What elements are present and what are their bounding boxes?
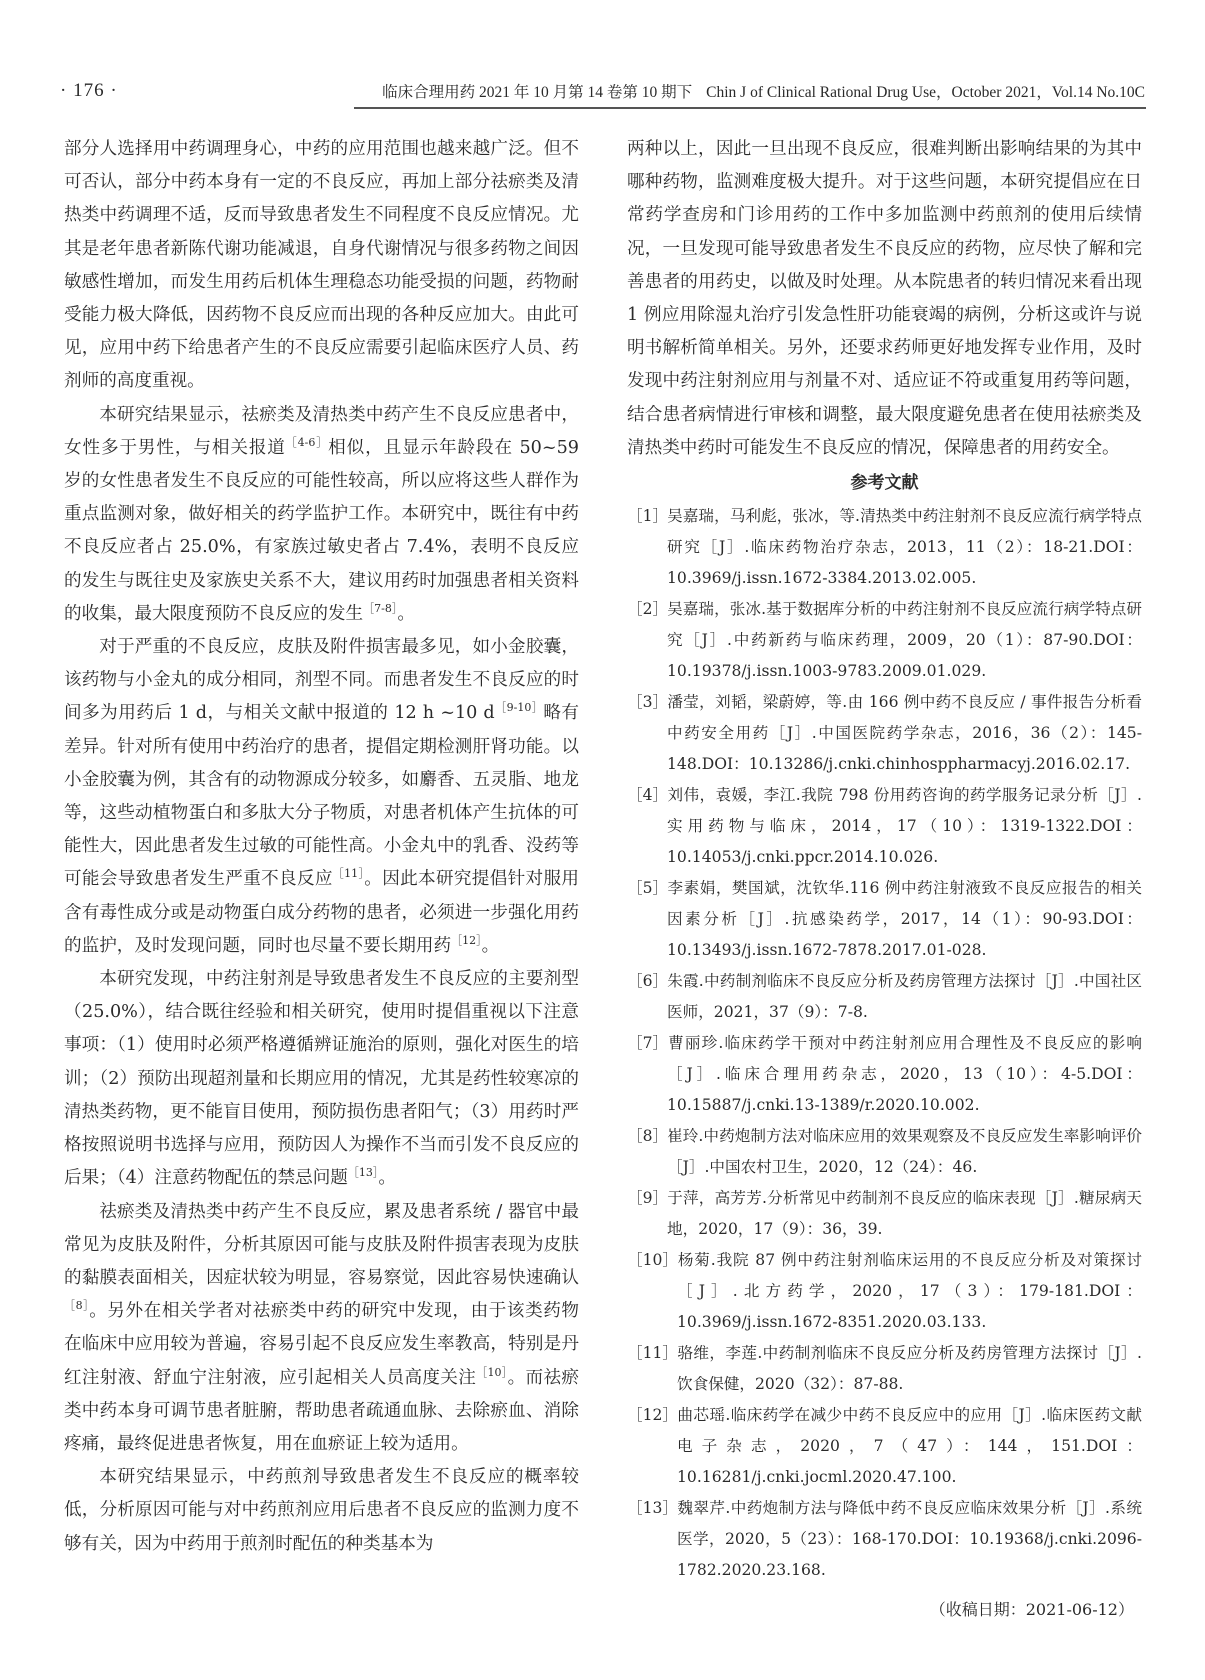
- reference-number: ［11］: [627, 1338, 677, 1369]
- reference-text: 骆维，李莲.中药制剂临床不良反应分析及药房管理方法探讨［J］.饮食保健，2020…: [677, 1344, 1142, 1393]
- reference-item: ［5］李素娟，樊国斌，沈钦华.116 例中药注射液致不良反应报告的相关因素分析［…: [627, 873, 1142, 966]
- reference-number: ［7］: [627, 1028, 667, 1059]
- received-date: （收稿日期：2021-06-12）: [627, 1592, 1142, 1628]
- reference-text: 刘伟，袁媛，李江.我院 798 份用药咨询的药学服务记录分析［J］.实用药物与临…: [667, 786, 1142, 866]
- citation: ［13］: [348, 1166, 379, 1179]
- reference-number: ［4］: [627, 780, 667, 811]
- reference-text: 吴嘉瑞，马利彪，张冰，等.清热类中药注射剂不良反应流行病学特点研究［J］.临床药…: [667, 507, 1142, 587]
- reference-list: ［1］吴嘉瑞，马利彪，张冰，等.清热类中药注射剂不良反应流行病学特点研究［J］.…: [627, 501, 1142, 1586]
- reference-number: ［1］: [627, 501, 667, 532]
- text-run: 。: [482, 936, 500, 956]
- reference-text: 曲芯瑶.临床药学在减少中药不良反应中的应用［J］.临床医药文献电子杂志，2020…: [677, 1406, 1142, 1486]
- reference-number: ［12］: [627, 1400, 677, 1431]
- page-header: · 176 · 临床合理用药 2021 年 10 月第 14 卷第 10 期下C…: [0, 0, 1205, 120]
- text-run: 本研究发现，中药注射剂是导致患者发生不良反应的主要剂型（25.0%），结合既往经…: [64, 969, 579, 1188]
- text-run: 。: [397, 604, 415, 624]
- reference-number: ［6］: [627, 966, 667, 997]
- reference-number: ［8］: [627, 1121, 667, 1152]
- reference-item: ［8］崔玲.中药炮制方法对临床应用的效果观察及不良反应发生率影响评价［J］.中国…: [627, 1121, 1142, 1183]
- reference-item: ［9］于萍，高芳芳.分析常见中药制剂不良反应的临床表现［J］.糖尿病天地，202…: [627, 1183, 1142, 1245]
- reference-item: ［11］骆维，李莲.中药制剂临床不良反应分析及药房管理方法探讨［J］.饮食保健，…: [627, 1338, 1142, 1400]
- reference-number: ［3］: [627, 687, 667, 718]
- reference-number: ［2］: [627, 594, 667, 625]
- running-head: 临床合理用药 2021 年 10 月第 14 卷第 10 期下Chin J of…: [355, 80, 1145, 102]
- reference-number: ［9］: [627, 1183, 667, 1214]
- page-number: · 176 ·: [60, 80, 118, 102]
- citation: ［4-6］: [286, 436, 328, 449]
- reference-text: 朱霞.中药制剂临床不良反应分析及药房管理方法探讨［J］.中国社区医师，2021，…: [667, 972, 1142, 1021]
- reference-text: 魏翠芹.中药炮制方法与降低中药不良反应临床效果分析［J］.系统医学，2020，5…: [677, 1499, 1142, 1579]
- reference-item: ［3］潘莹，刘韬，梁蔚婷，等.由 166 例中药不良反应 / 事件报告分析看中药…: [627, 687, 1142, 780]
- reference-text: 李素娟，樊国斌，沈钦华.116 例中药注射液致不良反应报告的相关因素分析［J］.…: [667, 879, 1142, 959]
- reference-number: ［10］: [627, 1245, 677, 1276]
- reference-item: ［2］吴嘉瑞，张冰.基于数据库分析的中药注射剂不良反应流行病学特点研究［J］.中…: [627, 594, 1142, 687]
- citation: ［12］: [451, 934, 482, 947]
- journal-title-cn: 临床合理用药 2021 年 10 月第 14 卷第 10 期下: [382, 84, 692, 101]
- reference-text: 曹丽珍.临床药学干预对中药注射剂应用合理性及不良反应的影响［J］.临床合理用药杂…: [667, 1034, 1142, 1114]
- paragraph: 本研究结果显示，祛瘀类及清热类中药产生不良反应患者中，女性多于男性，与相关报道［…: [64, 399, 579, 631]
- citation: ［8］: [64, 1299, 89, 1312]
- text-run: 。: [378, 1168, 396, 1188]
- text-run: 略有差异。针对所有使用中药治疗的患者，提倡定期检测肝肾功能。以小金胶囊为例，其含…: [64, 703, 579, 889]
- reference-item: ［4］刘伟，袁媛，李江.我院 798 份用药咨询的药学服务记录分析［J］.实用药…: [627, 780, 1142, 873]
- references-title: 参考文献: [627, 467, 1142, 499]
- citation: ［9-10］: [495, 701, 544, 714]
- paragraph: 部分人选择用中药调理身心，中药的应用范围也越来越广泛。但不可否认，部分中药本身有…: [64, 133, 579, 399]
- reference-item: ［7］曹丽珍.临床药学干预对中药注射剂应用合理性及不良反应的影响［J］.临床合理…: [627, 1028, 1142, 1121]
- reference-item: ［12］曲芯瑶.临床药学在减少中药不良反应中的应用［J］.临床医药文献电子杂志，…: [627, 1400, 1142, 1493]
- reference-text: 崔玲.中药炮制方法对临床应用的效果观察及不良反应发生率影响评价［J］.中国农村卫…: [667, 1127, 1142, 1176]
- paragraph: 本研究结果显示，中药煎剂导致患者发生不良反应的概率较低，分析原因可能与对中药煎剂…: [64, 1461, 579, 1561]
- text-run: 相似，且显示年龄段在 50~59 岁的女性患者发生不良反应的可能性较高，所以应将…: [64, 438, 579, 624]
- reference-text: 杨菊.我院 87 例中药注射剂临床运用的不良反应分析及对策探讨［J］.北方药学，…: [677, 1251, 1142, 1331]
- paragraph: 两种以上，因此一旦出现不良反应，很难判断出影响结果的为其中哪种药物，监测难度极大…: [627, 133, 1142, 465]
- reference-item: ［10］杨菊.我院 87 例中药注射剂临床运用的不良反应分析及对策探讨［J］.北…: [627, 1245, 1142, 1338]
- text-run: 祛瘀类及清热类中药产生不良反应，累及患者系统 / 器官中最常见为皮肤及附件，分析…: [64, 1202, 579, 1288]
- citation: ［7-8］: [363, 602, 397, 615]
- citation: ［10］: [476, 1366, 507, 1379]
- paragraph: 本研究发现，中药注射剂是导致患者发生不良反应的主要剂型（25.0%），结合既往经…: [64, 963, 579, 1195]
- header-rule: [354, 107, 1146, 109]
- reference-text: 潘莹，刘韬，梁蔚婷，等.由 166 例中药不良反应 / 事件报告分析看中药安全用…: [667, 693, 1142, 773]
- right-column: 两种以上，因此一旦出现不良反应，很难判断出影响结果的为其中哪种药物，监测难度极大…: [627, 133, 1142, 1628]
- reference-text: 于萍，高芳芳.分析常见中药制剂不良反应的临床表现［J］.糖尿病天地，2020，1…: [667, 1189, 1142, 1238]
- journal-title-en: Chin J of Clinical Rational Drug Use，Oct…: [706, 84, 1145, 101]
- left-column: 部分人选择用中药调理身心，中药的应用范围也越来越广泛。但不可否认，部分中药本身有…: [64, 133, 579, 1561]
- reference-text: 吴嘉瑞，张冰.基于数据库分析的中药注射剂不良反应流行病学特点研究［J］.中药新药…: [667, 600, 1142, 680]
- reference-item: ［6］朱霞.中药制剂临床不良反应分析及药房管理方法探讨［J］.中国社区医师，20…: [627, 966, 1142, 1028]
- reference-number: ［5］: [627, 873, 667, 904]
- reference-item: ［1］吴嘉瑞，马利彪，张冰，等.清热类中药注射剂不良反应流行病学特点研究［J］.…: [627, 501, 1142, 594]
- citation: ［11］: [333, 867, 364, 880]
- reference-number: ［13］: [627, 1493, 677, 1524]
- paragraph: 对于严重的不良反应，皮肤及附件损害最多见，如小金胶囊，该药物与小金丸的成分相同，…: [64, 631, 579, 963]
- paragraph: 祛瘀类及清热类中药产生不良反应，累及患者系统 / 器官中最常见为皮肤及附件，分析…: [64, 1196, 579, 1462]
- reference-item: ［13］魏翠芹.中药炮制方法与降低中药不良反应临床效果分析［J］.系统医学，20…: [627, 1493, 1142, 1586]
